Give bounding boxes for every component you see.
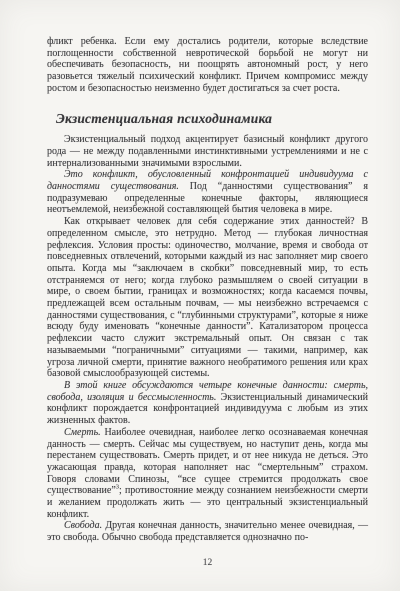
section-paragraphs: Экзистенциальный подход акцентирует бази… <box>47 134 368 544</box>
paragraph: Экзистенциальный подход акцентирует бази… <box>47 134 368 169</box>
text-segment: Смерть. <box>64 427 101 438</box>
paragraph-continued: фликт ребенка. Если ему достались родите… <box>47 36 368 95</box>
book-page: фликт ребенка. Если ему достались родите… <box>0 0 400 591</box>
paragraph: В этой книге обсуждаются четыре конечные… <box>47 380 368 427</box>
text-segment: фликт ребенка. Если ему достались родите… <box>47 36 368 94</box>
text-segment: Экзистенциальный подход акцентирует бази… <box>47 134 368 168</box>
text-segment: Как открывает человек для себя содержани… <box>47 216 368 379</box>
paragraph: Свобода. Другая конечная данность, значи… <box>47 520 368 543</box>
page-number: 12 <box>47 558 368 568</box>
text-segment: Свобода. <box>64 520 102 531</box>
paragraph: Это конфликт, обусловленный конфронтацие… <box>47 169 368 216</box>
section-heading: Экзистенциальная психодинамика <box>56 113 368 125</box>
paragraph: Как открывает человек для себя содержани… <box>47 216 368 380</box>
paragraph: Смерть. Наиболее очевидная, наиболее лег… <box>47 427 368 521</box>
page-text-block: фликт ребенка. Если ему достались родите… <box>47 36 368 544</box>
